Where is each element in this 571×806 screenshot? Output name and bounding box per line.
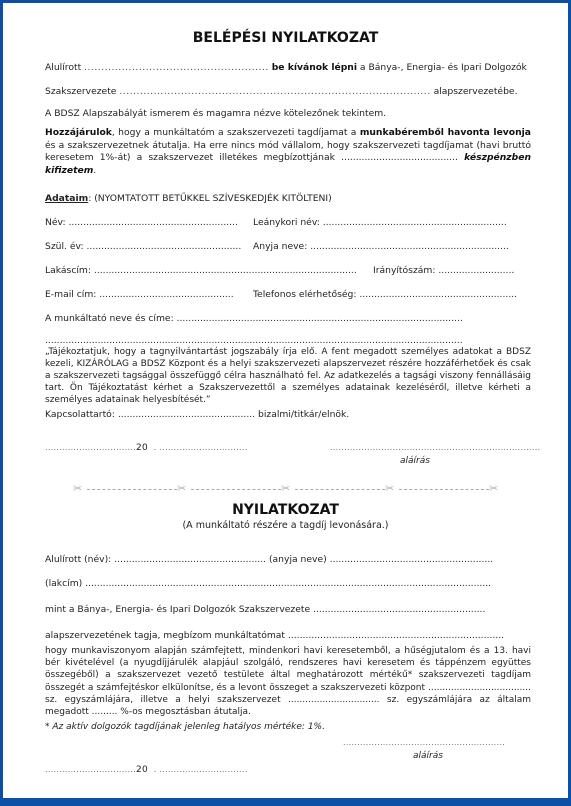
branch-field[interactable]: ........................................… [119,86,430,97]
field-name[interactable]: Név: ...................................… [45,217,238,228]
field-employer-continued[interactable]: ........................................… [45,335,531,346]
scissors-icon: ✂ [73,482,82,495]
signature-line-1[interactable]: ........................................… [330,443,540,452]
date-line-1[interactable]: ................................20 . ...… [45,443,248,453]
form2-title: NYILATKOZAT [3,502,568,518]
field-employer[interactable]: A munkáltató neve és címe: .............… [45,313,463,324]
form2-union-line[interactable]: mint a Bánya-, Energia- és Ipari Dolgozó… [45,604,485,615]
signature-line-2[interactable]: ........................................… [343,738,505,747]
form2-name-line[interactable]: Alulírott (név): .......................… [45,554,493,565]
scissors-icon: ✂ [385,482,394,495]
form2-member-line[interactable]: alapszervezetének tagja, megbízom munkál… [45,630,504,641]
signature-label-2: aláírás [413,751,443,761]
form2-address-line[interactable]: (lakcím) ...............................… [45,578,491,589]
signature-label-1: aláírás [400,456,430,466]
field-zip[interactable]: Irányítószám: .......................... [373,265,514,276]
form1-statute-line: A BDSZ Alapszabályát ismerem és magamra … [45,108,386,119]
cut-line: ✂ ✂ ✂ ✂ ✂ [73,484,513,494]
footnote: * Az aktív dolgozók tagdíjának jelenleg … [45,722,325,732]
field-maiden-name[interactable]: Leánykori név: .........................… [253,217,507,228]
field-mother-name[interactable]: Anyja neve: ............................… [253,241,509,252]
consent-paragraph: Hozzájárulok, hogy a munkáltatóm a szaks… [45,127,531,177]
field-birth-year[interactable]: Szül. év: ..............................… [45,241,241,252]
form2-subtitle: (A munkáltató részére a tagdíj levonásár… [3,520,568,531]
contact-person-line[interactable]: Kapcsolattartó: ........................… [45,409,349,420]
document-page: BELÉPÉSI NYILATKOZAT Alulírott .........… [3,3,568,798]
scissors-icon: ✂ [281,482,290,495]
form1-line1: Alulírott ..............................… [45,62,527,73]
form2-body: hogy munkaviszonyom alapján számfejtett,… [45,645,531,718]
data-header: Adataim: (NYOMTATOTT BETŰKKEL SZÍVESKEDJ… [45,193,332,204]
form1-title: BELÉPÉSI NYILATKOZAT [3,30,568,46]
name-field[interactable]: ........................................… [84,62,269,73]
date-line-2[interactable]: ................................20 . ...… [45,765,248,775]
field-address[interactable]: Lakáscím: ..............................… [45,265,357,276]
scissors-icon: ✂ [177,482,186,495]
form1-line2: Szakszervezete .........................… [45,86,518,97]
field-phone[interactable]: Telefonos elérhetőség: .................… [253,289,517,300]
privacy-notice: „Tájékoztatjuk, hogy a tagnyilvántartást… [45,346,531,406]
scissors-icon: ✂ [489,482,498,495]
field-email[interactable]: E-mail cím: ............................… [45,289,234,300]
